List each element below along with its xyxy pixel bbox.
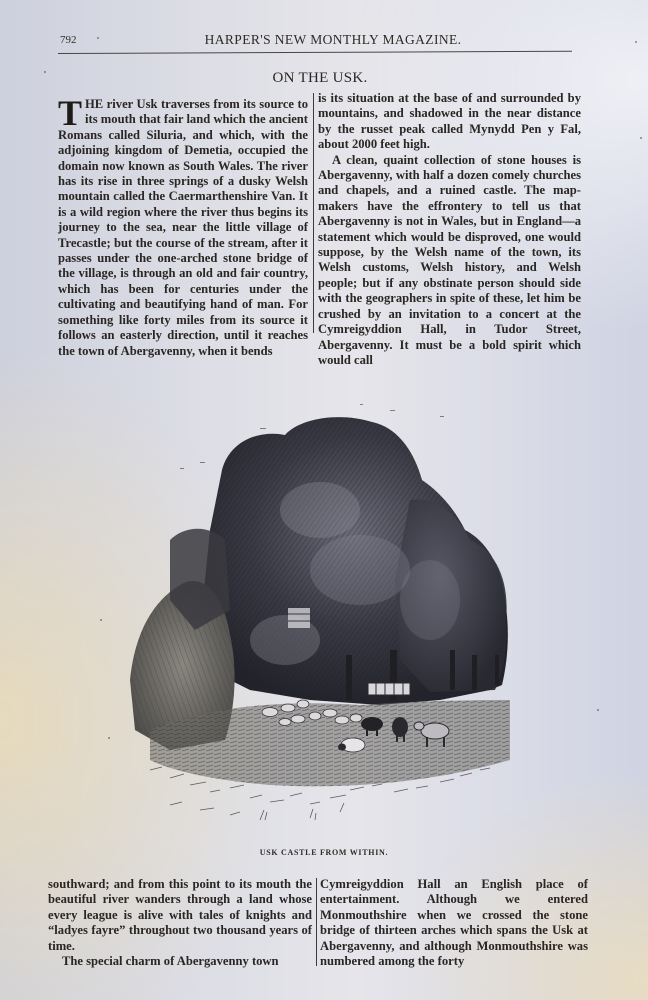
- column-bottom-right: Cymreigyddion Hall an English place of e…: [320, 877, 588, 969]
- paper-speck: [97, 37, 99, 39]
- paragraph: southward; and from this point to its mo…: [48, 877, 312, 954]
- column-top-left: THE river Usk traverses from its source …: [58, 97, 308, 359]
- paper-speck: [597, 709, 599, 711]
- running-head: 792 HARPER'S NEW MONTHLY MAGAZINE.: [58, 30, 578, 52]
- article-title: ON THE USK.: [0, 70, 640, 87]
- magazine-title: HARPER'S NEW MONTHLY MAGAZINE.: [58, 32, 578, 48]
- paragraph: is its situation at the base of and surr…: [318, 91, 581, 153]
- paper-speck: [100, 619, 102, 621]
- magazine-page: 792 HARPER'S NEW MONTHLY MAGAZINE. ON TH…: [0, 0, 648, 1000]
- column-divider-top: [313, 93, 314, 333]
- paragraph: THE river Usk traverses from its source …: [58, 97, 308, 359]
- paragraph-text: HE river Usk traverses from its source t…: [58, 97, 308, 358]
- engraving-usk-castle: [110, 400, 530, 840]
- paper-speck: [640, 137, 642, 139]
- column-bottom-left: southward; and from this point to its mo…: [48, 877, 312, 969]
- paper-speck: [44, 71, 46, 73]
- column-top-right: is its situation at the base of and surr…: [318, 91, 581, 368]
- paragraph: The special charm of Abergavenny town: [48, 954, 312, 969]
- engraving-illustration: [110, 400, 530, 840]
- paragraph: A clean, quaint collection of stone hous…: [318, 153, 581, 369]
- column-divider-bottom: [316, 878, 317, 966]
- paper-speck: [635, 41, 637, 43]
- illustration-caption: USK CASTLE FROM WITHIN.: [0, 848, 648, 857]
- paragraph: Cymreigyddion Hall an English place of e…: [320, 877, 588, 969]
- paper-speck: [108, 737, 110, 739]
- drop-cap: T: [58, 99, 82, 127]
